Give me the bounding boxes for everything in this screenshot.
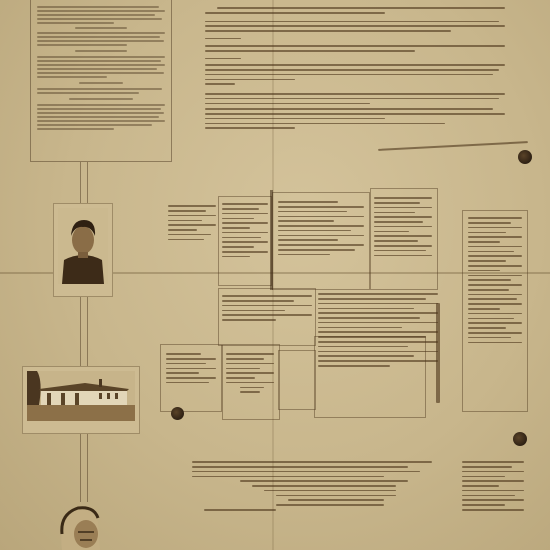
signatures bbox=[222, 200, 268, 261]
portrait-elderly-man bbox=[52, 500, 112, 550]
signatures-bottom bbox=[192, 458, 432, 514]
wax-seal bbox=[518, 150, 532, 164]
signatures bbox=[226, 350, 274, 396]
house-image bbox=[27, 371, 135, 421]
signatures-bottom bbox=[462, 458, 524, 514]
signatures bbox=[166, 350, 216, 387]
handwritten-body bbox=[205, 4, 505, 132]
signatures bbox=[222, 292, 312, 324]
portrait-image bbox=[58, 208, 108, 284]
printed-notice bbox=[30, 0, 172, 162]
signatures bbox=[278, 198, 364, 259]
connector-line bbox=[80, 294, 88, 366]
document-sheet bbox=[0, 0, 550, 550]
wax-seal bbox=[513, 432, 527, 446]
signatures-vertical bbox=[426, 300, 456, 406]
signatures bbox=[318, 290, 438, 370]
connector-line bbox=[80, 432, 88, 502]
signatures bbox=[374, 194, 432, 259]
signatures bbox=[468, 214, 522, 346]
wax-seal bbox=[171, 407, 184, 420]
signature-column bbox=[278, 350, 316, 410]
signatures bbox=[168, 202, 216, 243]
portrait-military-man bbox=[53, 203, 113, 297]
signature-principal bbox=[378, 142, 528, 150]
divider-line bbox=[270, 190, 273, 290]
house-photograph bbox=[22, 366, 140, 434]
connector-line bbox=[80, 162, 88, 204]
